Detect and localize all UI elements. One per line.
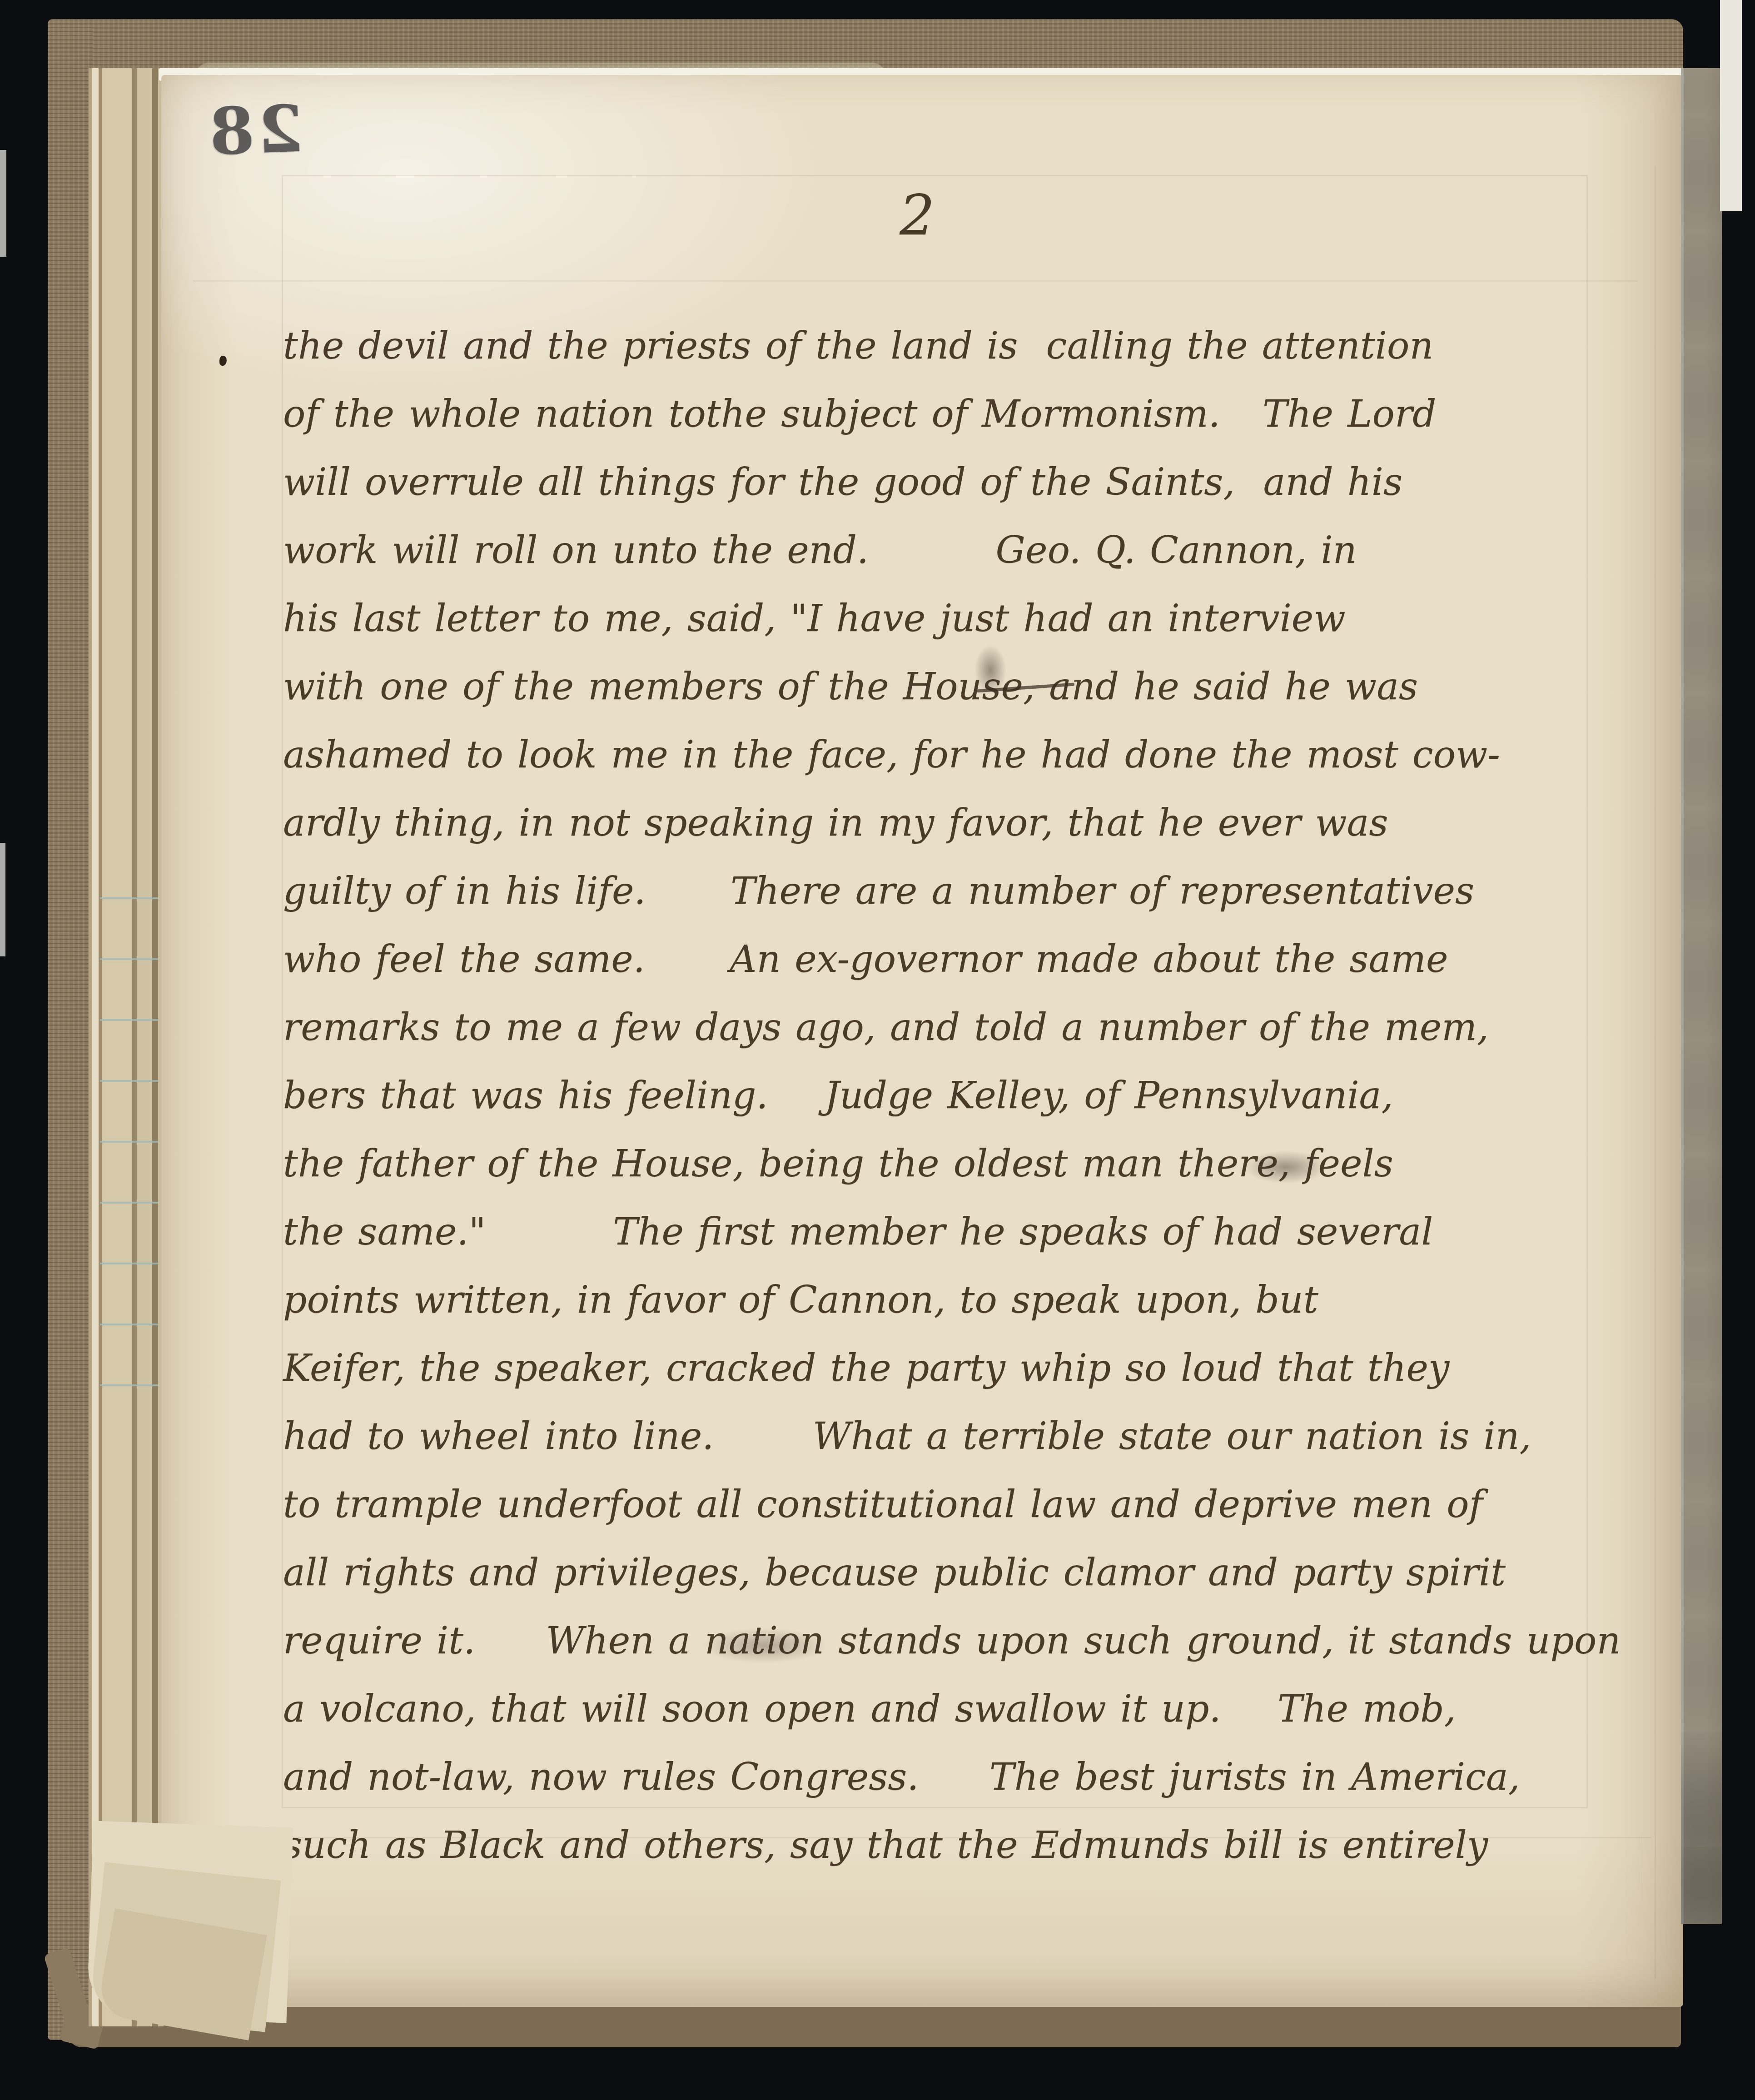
paper-crease bbox=[1655, 166, 1656, 1979]
scan-edge-sliver bbox=[0, 843, 5, 956]
ink-overwrite-mark bbox=[1245, 1151, 1327, 1184]
manuscript-line: ardly thing, in not speaking in my favor… bbox=[283, 789, 1623, 857]
manuscript-line: such as Black and others, say that the E… bbox=[283, 1811, 1623, 1880]
manuscript-line: remarks to me a few days ago, and told a… bbox=[283, 994, 1623, 1062]
manuscript-line: work will roll on unto the end. Geo. Q. … bbox=[283, 517, 1623, 585]
ink-spot bbox=[219, 356, 227, 366]
manuscript-line: ashamed to look me in the face, for he h… bbox=[283, 721, 1623, 789]
adjacent-page-white-edge bbox=[1720, 0, 1742, 211]
manuscript-line: the father of the House, being the oldes… bbox=[283, 1130, 1623, 1198]
adjacent-page-edge bbox=[1681, 68, 1722, 1924]
manuscript-line: and not-law, now rules Congress. The bes… bbox=[283, 1743, 1623, 1811]
handwritten-text-block: the devil and the priests of the land is… bbox=[283, 312, 1623, 1880]
manuscript-line: of the whole nation tothe subject of Mor… bbox=[283, 380, 1623, 448]
manuscript-line: require it. When a nation stands upon su… bbox=[283, 1607, 1623, 1675]
manuscript-scan: 28 2 the devil and the priests of the la… bbox=[0, 0, 1755, 2100]
manuscript-line: who feel the same. An ex-governor made a… bbox=[283, 926, 1623, 994]
manuscript-line: points written, in favor of Cannon, to s… bbox=[283, 1266, 1623, 1334]
ruled-stub-lines bbox=[100, 838, 158, 1404]
mirrored-page-stamp: 28 bbox=[184, 97, 304, 174]
ink-overwrite-mark bbox=[702, 1628, 827, 1663]
paper-crease bbox=[193, 280, 1638, 282]
book-binding-cloth-bottom bbox=[68, 2000, 1681, 2047]
manuscript-line: guilty of in his life. There are a numbe… bbox=[283, 857, 1623, 926]
manuscript-line: his last letter to me, said, "I have jus… bbox=[283, 585, 1623, 653]
scan-edge-sliver bbox=[0, 150, 6, 257]
manuscript-line: Keifer, the speaker, cracked the party w… bbox=[283, 1334, 1623, 1403]
manuscript-line: the same." The first member he speaks of… bbox=[283, 1198, 1623, 1266]
manuscript-line: with one of the members of the House, an… bbox=[283, 653, 1623, 721]
manuscript-line: to trample underfoot all constitutional … bbox=[283, 1471, 1623, 1539]
manuscript-line: will overrule all things for the good of… bbox=[283, 448, 1623, 517]
manuscript-page: 28 2 the devil and the priests of the la… bbox=[161, 75, 1683, 2007]
manuscript-line: a volcano, that will soon open and swall… bbox=[283, 1675, 1623, 1743]
book-binding-cloth-left bbox=[48, 27, 93, 2040]
manuscript-line: the devil and the priests of the land is… bbox=[283, 312, 1623, 380]
manuscript-line: had to wheel into line. What a terrible … bbox=[283, 1403, 1623, 1471]
manuscript-line: bers that was his feeling. Judge Kelley,… bbox=[283, 1062, 1623, 1130]
page-number: 2 bbox=[900, 188, 935, 243]
manuscript-line: all rights and privileges, because publi… bbox=[283, 1539, 1623, 1607]
